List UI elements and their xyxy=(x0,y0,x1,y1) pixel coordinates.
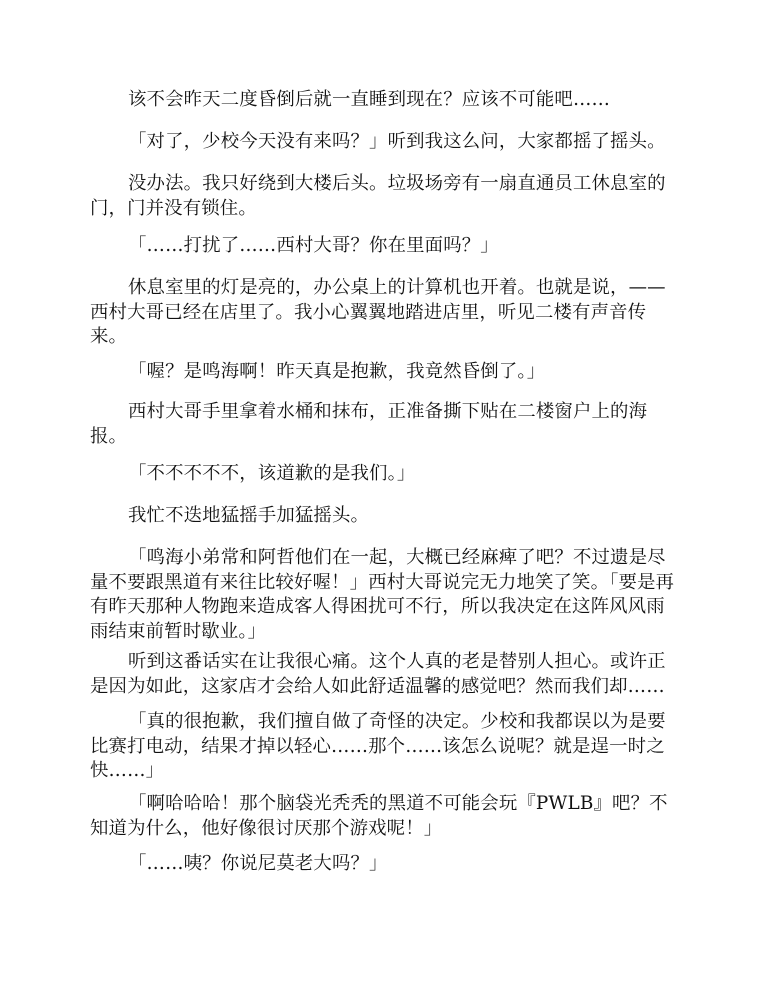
paragraph-14: 「……咦？你说尼莫老大吗？」 xyxy=(90,852,676,877)
paragraph-11: 听到这番话实在让我很心痛。这个人真的老是替别人担心。或许正是因为如此，这家店才会… xyxy=(90,650,676,699)
paragraph-13: 「啊哈哈哈！那个脑袋光秃秃的黑道不可能会玩『PWLB』吧？不知道为什么，他好像很… xyxy=(90,792,676,841)
paragraph-8: 「不不不不不，该道歉的是我们。」 xyxy=(90,462,676,487)
paragraph-1: 该不会昨天二度昏倒后就一直睡到现在？应该不可能吧…… xyxy=(90,88,676,113)
paragraph-2: 「对了，少校今天没有来吗？」听到我这么问，大家都摇了摇头。 xyxy=(90,130,676,155)
paragraph-6: 「喔？是鸣海啊！昨天真是抱歉，我竟然昏倒了。」 xyxy=(90,360,676,385)
paragraph-9: 我忙不迭地猛摇手加猛摇头。 xyxy=(90,504,676,529)
paragraph-5: 休息室里的灯是亮的，办公桌上的计算机也开着。也就是说，——西村大哥已经在店里了。… xyxy=(90,276,676,350)
paragraph-4: 「……打扰了……西村大哥？你在里面吗？」 xyxy=(90,234,676,259)
paragraph-12: 「真的很抱歉，我们擅自做了奇怪的决定。少校和我都误以为是要比赛打电动，结果才掉以… xyxy=(90,710,676,784)
paragraph-7: 西村大哥手里拿着水桶和抹布，正准备撕下贴在二楼窗户上的海报。 xyxy=(90,400,676,449)
paragraph-10: 「鸣海小弟常和阿哲他们在一起，大概已经麻痺了吧？不过遗是尽量不要跟黑道有来往比较… xyxy=(90,546,676,644)
paragraph-3: 没办法。我只好绕到大楼后头。垃圾场旁有一扇直通员工休息室的门，门并没有锁住。 xyxy=(90,172,676,221)
